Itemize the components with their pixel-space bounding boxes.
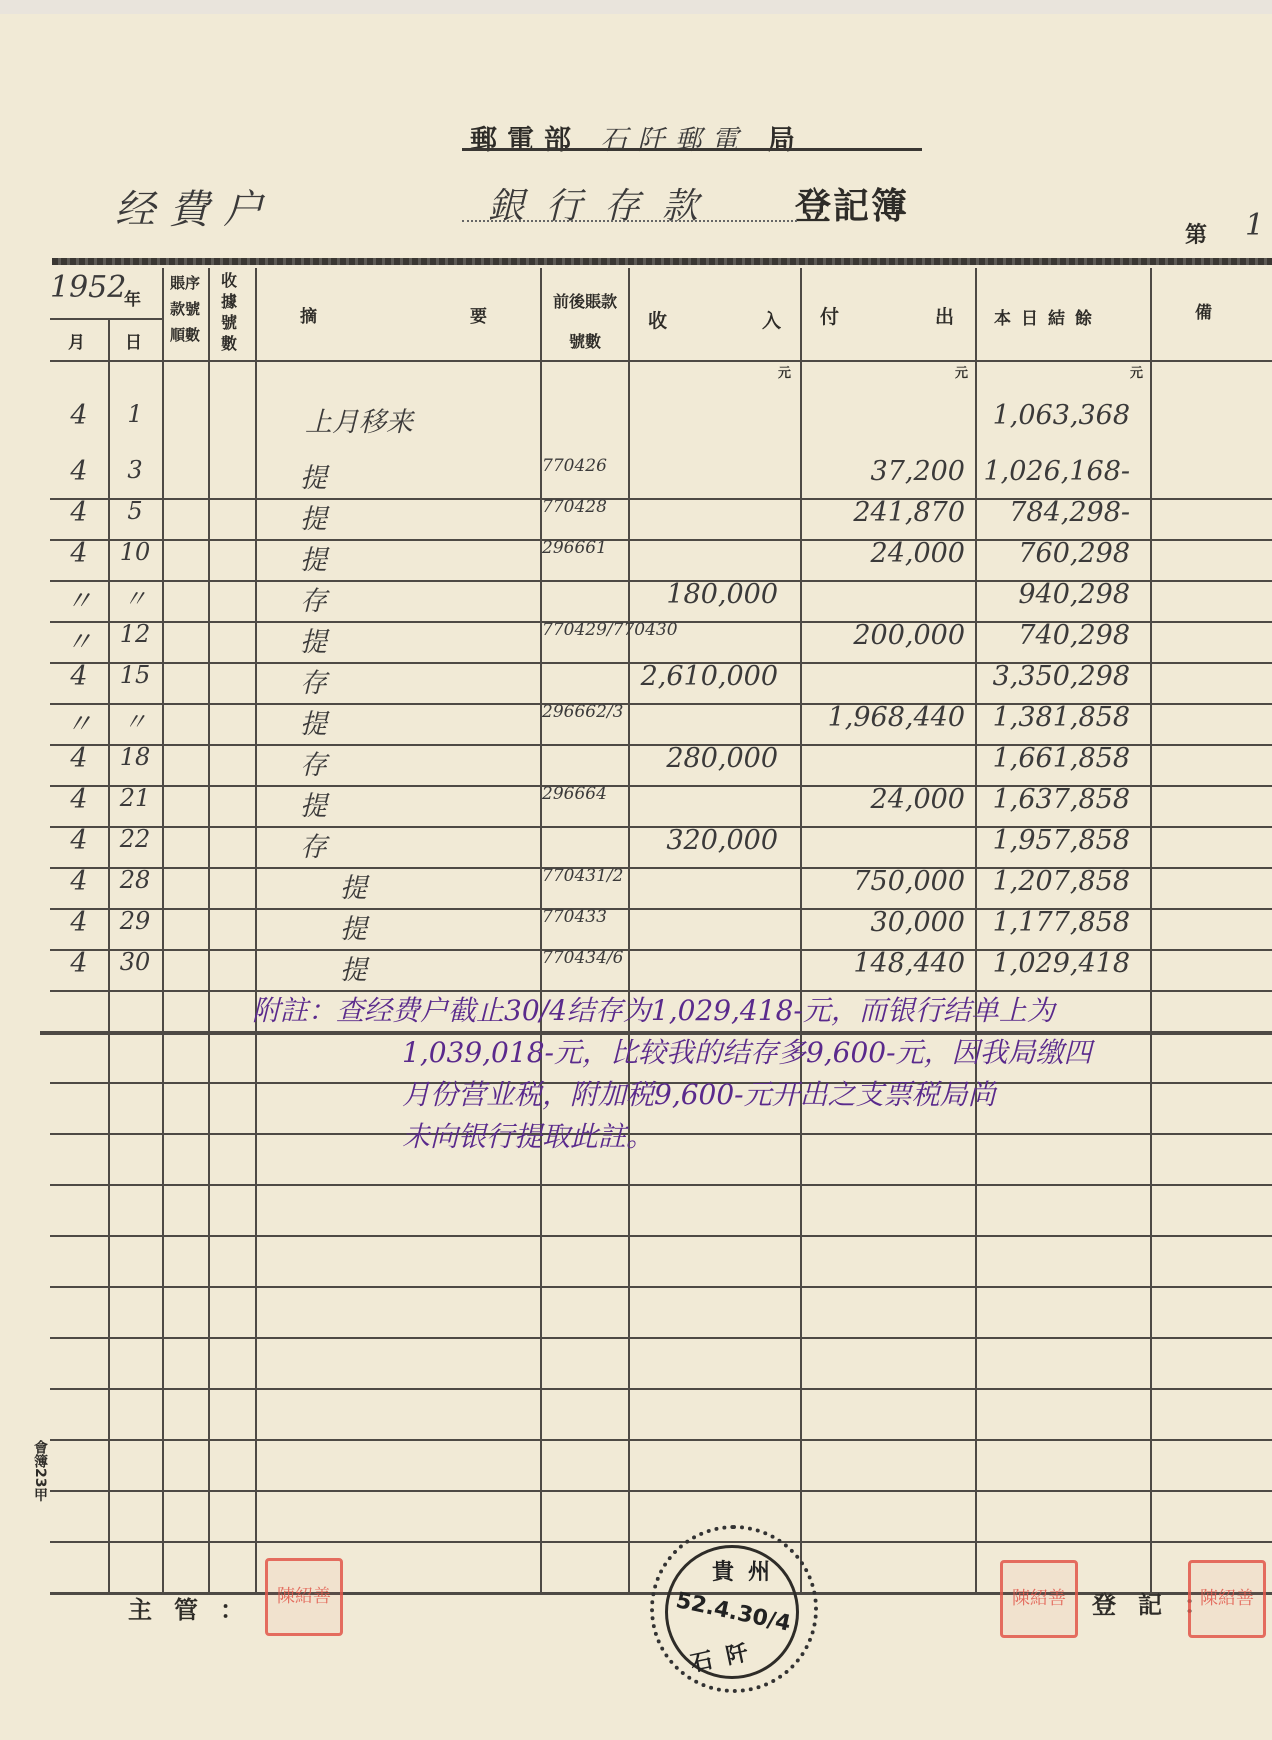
cell-summary: 存: [255, 579, 540, 618]
cell-voucher: 770426: [540, 456, 626, 476]
cell-expense: 24,000: [800, 784, 965, 815]
department-label: 经費户: [115, 178, 277, 235]
cell-day: 30: [108, 948, 162, 976]
title-printed: 登記簿: [795, 178, 909, 229]
cell-month: 4: [50, 497, 108, 528]
header-expense-left: 付: [820, 302, 839, 329]
cell-month: 〃: [50, 620, 108, 659]
note-line: 未向银行提取此註。: [252, 1116, 1242, 1158]
year-value: 1952: [50, 270, 126, 305]
blank-row-line: [50, 1388, 1272, 1390]
cell-day: 15: [108, 661, 162, 689]
header-ledger-seq: 賬序款號順數: [164, 270, 206, 348]
title-dotted-line: [462, 220, 797, 222]
cell-expense: 30,000: [800, 907, 965, 938]
year-divider-line: [50, 318, 162, 320]
cell-summary: 提: [255, 907, 540, 946]
cell-balance: 940,298: [975, 579, 1130, 610]
cell-voucher: 770431/2: [540, 866, 626, 886]
note-line: 1,039,018-元，比较我的结存多9,600-元，因我局缴四: [252, 1032, 1242, 1074]
column-line: [1150, 268, 1152, 1592]
cell-voucher: 296664: [540, 784, 626, 804]
cell-day: 21: [108, 784, 162, 812]
cell-balance: 760,298: [975, 538, 1130, 569]
cell-balance: 1,177,858: [975, 907, 1130, 938]
cell-income: 2,610,000: [628, 661, 778, 692]
cell-balance: 1,661,858: [975, 743, 1130, 774]
cell-day: 10: [108, 538, 162, 566]
cell-income: 320,000: [628, 825, 778, 856]
blank-row-line: [50, 1235, 1272, 1237]
cell-balance: 1,029,418: [975, 948, 1130, 979]
cell-voucher: 296661: [540, 538, 626, 558]
cell-day: 29: [108, 907, 162, 935]
cell-month: 〃: [50, 702, 108, 741]
cell-day: 28: [108, 866, 162, 894]
cell-voucher: 770429/770430: [540, 620, 626, 640]
cell-month: 4: [50, 784, 108, 815]
cell-day: 22: [108, 825, 162, 853]
postmark-top: 貴州: [712, 1555, 784, 1586]
cell-month: 4: [50, 456, 108, 487]
paper-edge: [0, 0, 1272, 14]
header-voucher-no: 前後賬款號數: [548, 282, 622, 362]
cell-balance: 1,026,168-: [975, 456, 1130, 487]
cell-balance: 1,957,858: [975, 825, 1130, 856]
cell-summary: 上月移来: [255, 400, 540, 439]
blank-row-line: [50, 1490, 1272, 1492]
cell-summary: 提: [255, 784, 540, 823]
header-receipt-no: 收據號數: [218, 270, 240, 354]
cell-income: 180,000: [628, 579, 778, 610]
cell-summary: 提: [255, 948, 540, 987]
form-code: 會簿23甲: [30, 1440, 50, 1501]
cell-balance: 740,298: [975, 620, 1130, 651]
cell-income: 280,000: [628, 743, 778, 774]
cell-voucher: 296662/3: [540, 702, 626, 722]
cell-voucher: 770428: [540, 497, 626, 517]
cell-expense: 24,000: [800, 538, 965, 569]
cell-expense: 200,000: [800, 620, 965, 651]
blank-row-line: [50, 1286, 1272, 1288]
cell-balance: 1,063,368: [975, 400, 1130, 431]
registrar-seal-left: 陳紹善: [1000, 1560, 1078, 1638]
bureau-suffix: 局: [768, 125, 805, 156]
cell-month: 4: [50, 825, 108, 856]
header-bottom-line: [50, 360, 1272, 362]
expense-unit: 元: [955, 362, 968, 381]
cell-day: 18: [108, 743, 162, 771]
cell-summary: 提: [255, 538, 540, 577]
column-line: [162, 268, 164, 1592]
cell-expense: 241,870: [800, 497, 965, 528]
cell-month: 4: [50, 661, 108, 692]
cell-day: 5: [108, 497, 162, 525]
annotation-note: 附註：查经费户截止30/4结存为1,029,418-元，而银行结单上为 1,03…: [252, 990, 1242, 1158]
header-remarks: 備: [1195, 298, 1212, 323]
cell-summary: 提: [255, 497, 540, 536]
income-unit: 元: [778, 362, 791, 381]
column-line: [208, 268, 210, 1592]
supervisor-label: 主管：: [128, 1590, 266, 1625]
supervisor-seal: 陳紹善: [265, 1558, 343, 1636]
cell-balance: 1,207,858: [975, 866, 1130, 897]
cell-day: 〃: [108, 702, 162, 737]
cell-summary: 提: [255, 702, 540, 741]
header-summary-left: 摘: [300, 302, 317, 327]
cell-month: 4: [50, 948, 108, 979]
cell-balance: 784,298-: [975, 497, 1130, 528]
registrar-seal-right: 陳紹善: [1188, 1560, 1266, 1638]
bureau-heading: 郵電部 石阡郵電 局: [470, 118, 805, 157]
cell-summary: 提: [255, 866, 540, 905]
cell-month: 4: [50, 907, 108, 938]
cell-summary: 存: [255, 743, 540, 782]
cell-expense: 750,000: [800, 866, 965, 897]
blank-row-line: [50, 1337, 1272, 1339]
cell-summary: 提: [255, 456, 540, 495]
blank-row-line: [50, 1184, 1272, 1186]
cell-day: 1: [108, 400, 162, 428]
header-summary-right: 要: [470, 302, 487, 327]
header-income-right: 入: [762, 306, 781, 333]
cell-expense: 1,968,440: [800, 702, 965, 733]
cell-day: 〃: [108, 579, 162, 614]
bureau-handwritten: 石阡郵電: [600, 125, 748, 156]
cell-voucher: 770434/6: [540, 948, 626, 968]
blank-row-line: [50, 1439, 1272, 1441]
header-balance: 本日結餘: [994, 304, 1102, 329]
cell-summary: 存: [255, 825, 540, 864]
cell-month: 4: [50, 400, 108, 431]
cell-month: 4: [50, 743, 108, 774]
header-expense-right: 出: [935, 302, 954, 329]
cell-day: 12: [108, 620, 162, 648]
note-line: 月份营业税，附加税9,600-元开出之支票税局尚: [252, 1074, 1242, 1116]
year-label: 年: [124, 285, 141, 310]
page-number: 1: [1245, 208, 1264, 243]
bureau-printed: 郵電部: [470, 125, 581, 156]
cell-month: 〃: [50, 579, 108, 618]
header-income-left: 收: [648, 306, 667, 333]
cell-summary: 存: [255, 661, 540, 700]
cell-month: 4: [50, 866, 108, 897]
page-number-label: 第: [1185, 218, 1207, 249]
cell-balance: 1,381,858: [975, 702, 1130, 733]
cell-balance: 1,637,858: [975, 784, 1130, 815]
balance-unit: 元: [1130, 362, 1143, 381]
blank-row-line: [50, 1541, 1272, 1543]
header-month: 月: [68, 328, 85, 353]
cell-balance: 3,350,298: [975, 661, 1130, 692]
cell-summary: 提: [255, 620, 540, 659]
note-line: 附註：查经费户截止30/4结存为1,029,418-元，而银行结单上为: [252, 990, 1242, 1032]
bureau-underline: [462, 148, 922, 151]
table-top-rule: [52, 258, 1272, 265]
cell-day: 3: [108, 456, 162, 484]
header-day: 日: [125, 328, 142, 353]
cell-voucher: 770433: [540, 907, 626, 927]
cell-expense: 37,200: [800, 456, 965, 487]
cell-expense: 148,440: [800, 948, 965, 979]
column-line: [628, 268, 630, 1592]
cell-month: 4: [50, 538, 108, 569]
